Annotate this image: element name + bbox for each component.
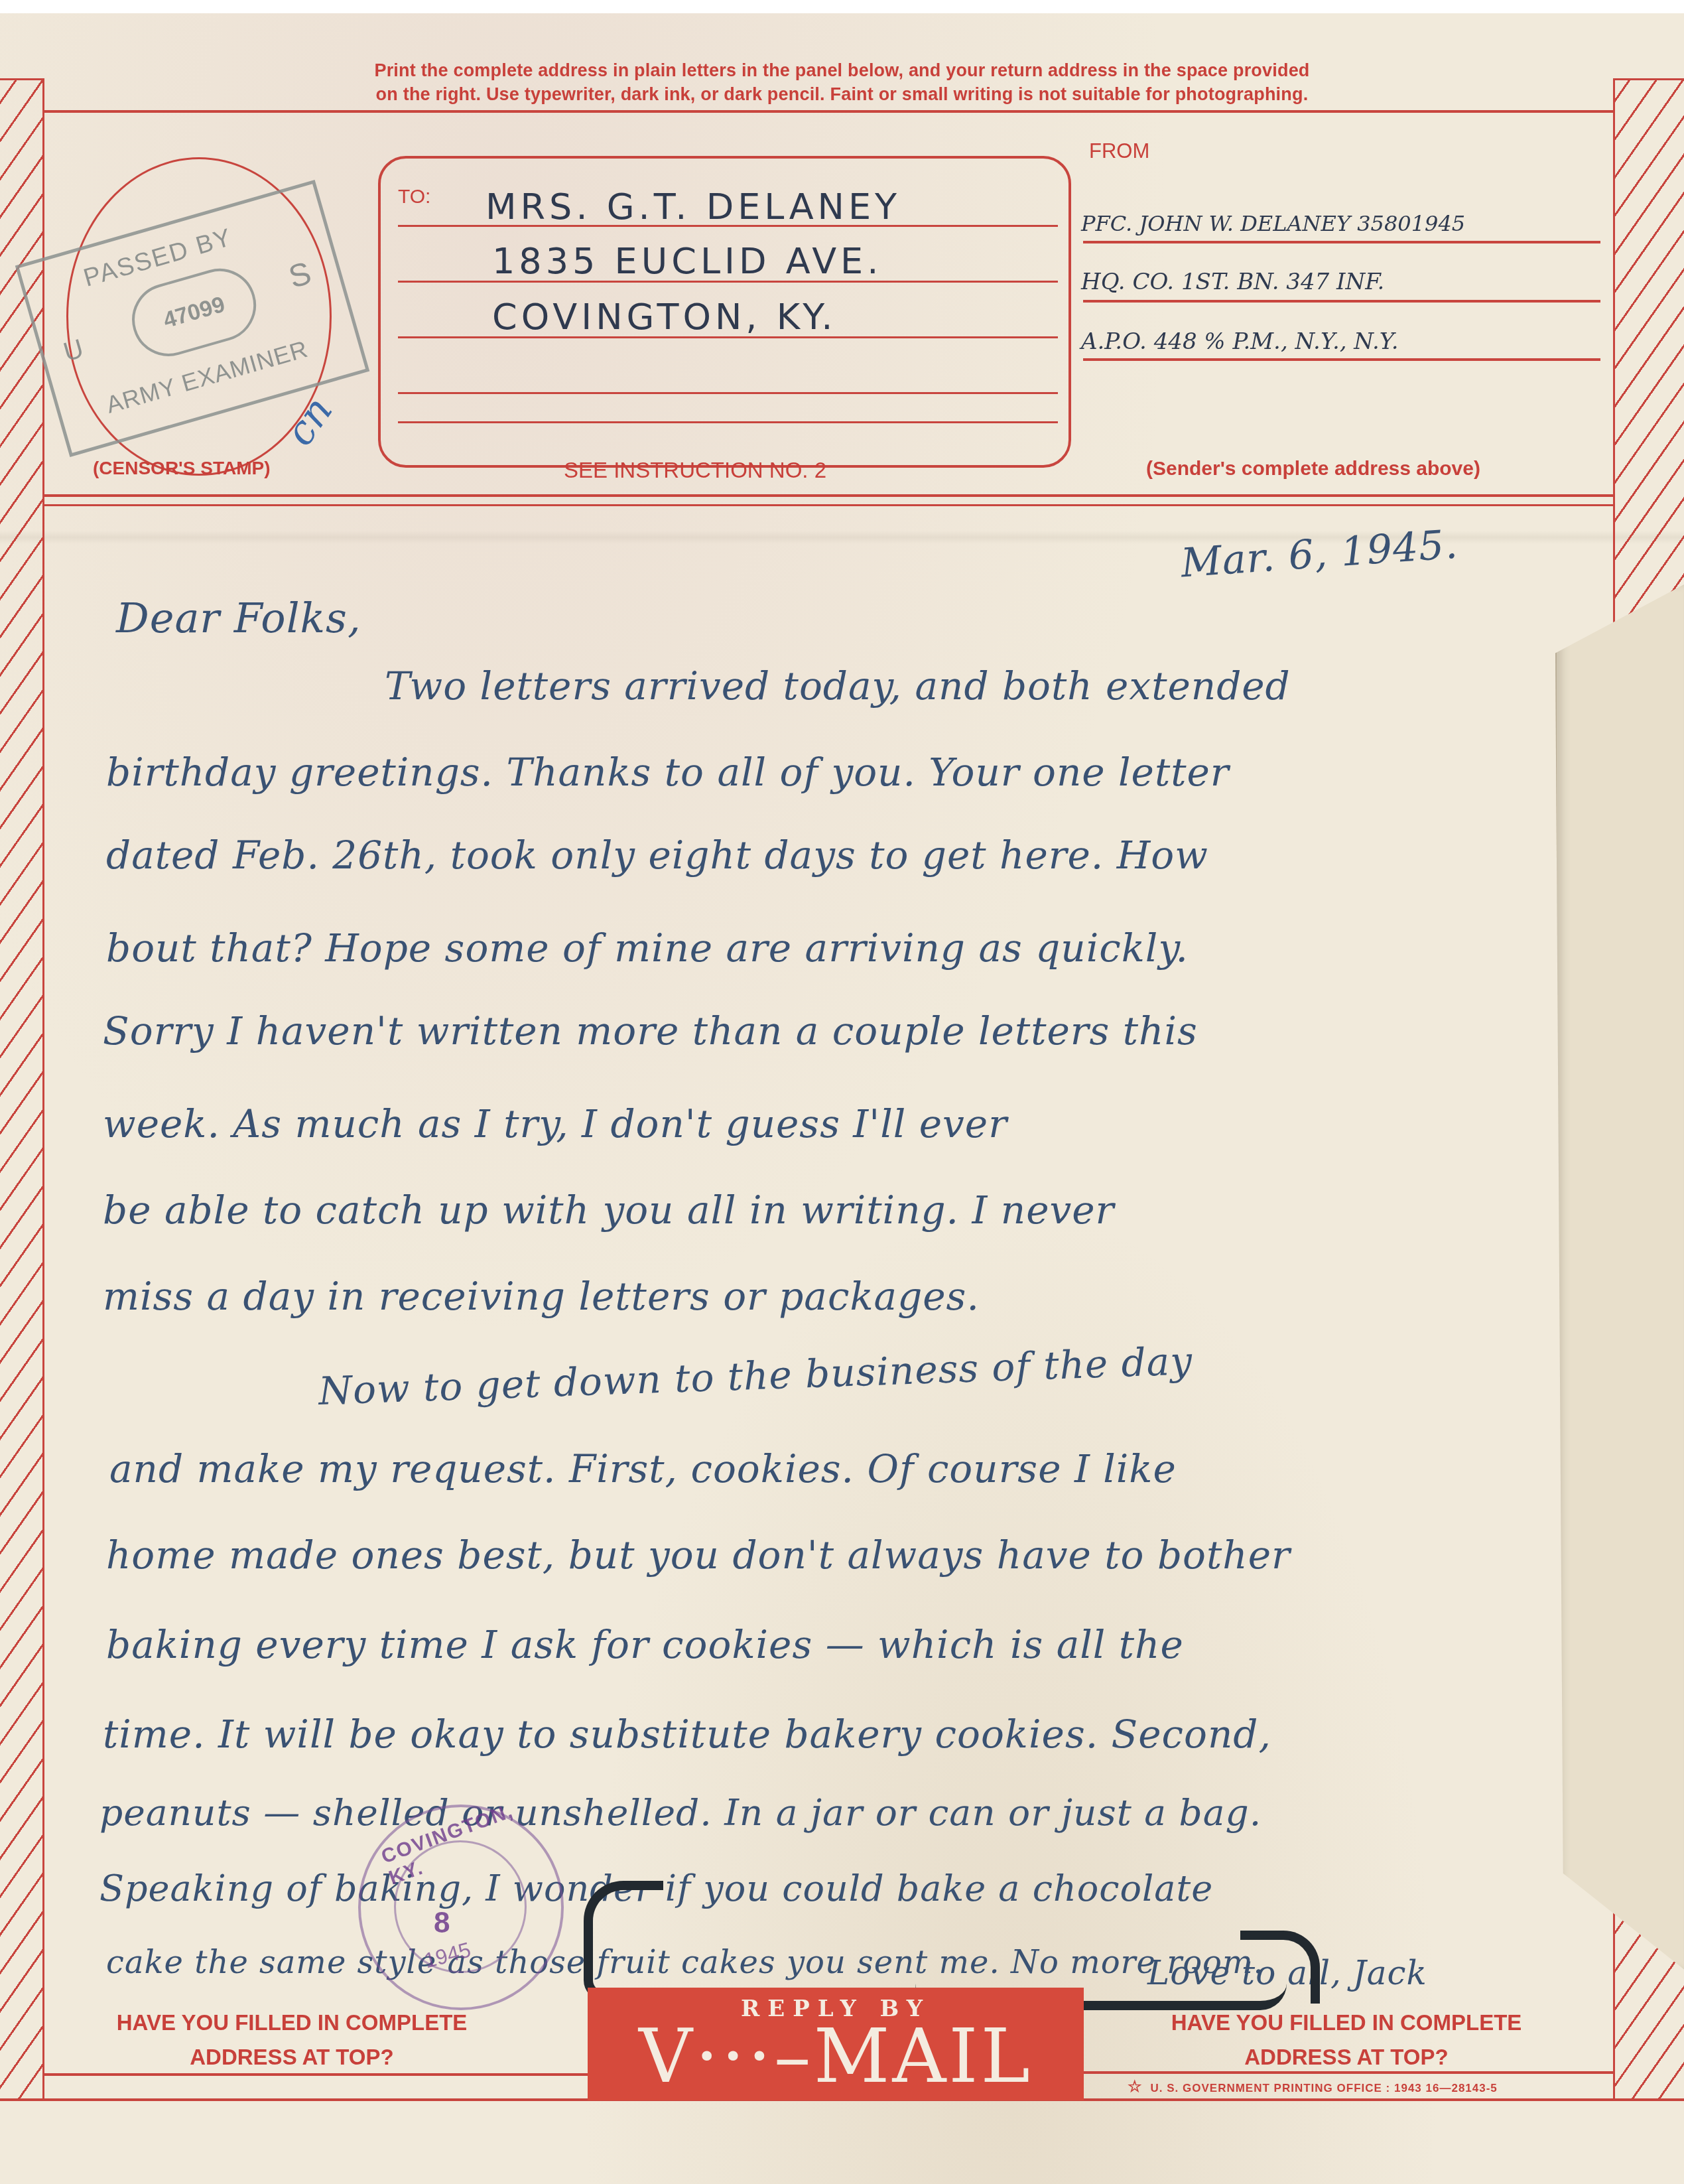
- censor-stamp-caption: (CENSOR'S STAMP): [93, 458, 270, 479]
- footer-question-right: HAVE YOU FILLED IN COMPLETE ADDRESS AT T…: [1134, 2006, 1559, 2075]
- printing-office-line: ☆U. S. GOVERNMENT PRINTING OFFICE : 1943…: [1128, 2077, 1498, 2096]
- letter-line-7: be able to catch up with you all in writ…: [103, 1188, 1114, 1233]
- recipient-city: COVINGTON, KY.: [492, 296, 836, 338]
- left-border-line: [42, 78, 44, 2100]
- sender-line-1-rule: [1083, 241, 1600, 243]
- letter-line-6: week. As much as I try, I don't guess I'…: [103, 1101, 1007, 1146]
- form-instructions: Print the complete address in plain lett…: [0, 58, 1684, 106]
- vmail-logo: V···–MAIL: [588, 2019, 1084, 2094]
- letter-line-12: baking every time I ask for cookies — wh…: [106, 1622, 1184, 1667]
- letter-line-4: bout that? Hope some of mine are arrivin…: [106, 925, 1189, 971]
- recipient-line-4-rule: [398, 392, 1058, 394]
- footer-question-left-line-2: ADDRESS AT TOP?: [80, 2040, 504, 2075]
- letter-line-14: peanuts — shelled or unshelled. In a jar…: [99, 1791, 1262, 1834]
- letter-line-13: time. It will be okay to substitute bake…: [103, 1712, 1271, 1757]
- footer-question-left: HAVE YOU FILLED IN COMPLETE ADDRESS AT T…: [80, 2006, 504, 2075]
- footer-inner-rule-right: [1082, 2071, 1614, 2074]
- letter-line-11: home made ones best, but you don't alway…: [106, 1533, 1291, 1578]
- recipient-street: 1835 EUCLID AVE.: [492, 240, 882, 282]
- footer-question-left-line-1: HAVE YOU FILLED IN COMPLETE: [80, 2006, 504, 2040]
- letter-line-8: miss a day in receiving letters or packa…: [103, 1274, 980, 1319]
- printing-office-text: U. S. GOVERNMENT PRINTING OFFICE : 1943 …: [1151, 2082, 1498, 2094]
- censor-letter-u: U: [60, 334, 87, 368]
- sender-line-2-rule: [1083, 300, 1600, 303]
- instruction-line-1: Print the complete address in plain lett…: [0, 58, 1684, 82]
- footer-inner-rule-left: [44, 2073, 589, 2076]
- folded-flap: [1555, 584, 1684, 1970]
- letter-line-1: Two letters arrived today, and both exte…: [385, 663, 1291, 709]
- postmark-day: 8: [434, 1907, 450, 1940]
- header-bottom-rule: [44, 494, 1614, 497]
- reply-by-vmail-block: REPLY BY V···–MAIL: [588, 1988, 1084, 2100]
- star-icon: ☆: [1128, 2078, 1143, 2096]
- letter-line-3: dated Feb. 26th, took only eight days to…: [106, 833, 1208, 878]
- sender-name: PFC. JOHN W. DELANEY 35801945: [1081, 211, 1465, 236]
- letter-line-10: and make my request. First, cookies. Of …: [109, 1446, 1177, 1491]
- covington-postmark: COVINGTON, KY. 8 1945: [358, 1805, 564, 2010]
- sender-line-3-rule: [1083, 358, 1600, 361]
- letter-line-5: Sorry I haven't written more than a coup…: [103, 1008, 1198, 1054]
- sender-apo: A.P.O. 448 % P.M., N.Y., N.Y.: [1081, 328, 1399, 355]
- recipient-line-5-rule: [398, 421, 1058, 423]
- see-instruction-caption: SEE INSTRUCTION NO. 2: [564, 458, 826, 483]
- letter-line-2: birthday greetings. Thanks to all of you…: [106, 750, 1230, 795]
- sender-unit: HQ. CO. 1ST. BN. 347 INF.: [1081, 269, 1384, 295]
- header-top-rule: [44, 110, 1614, 113]
- footer-question-right-line-2: ADDRESS AT TOP?: [1134, 2040, 1559, 2075]
- to-label: TO:: [398, 186, 430, 208]
- instruction-line-2: on the right. Use typewriter, dark ink, …: [0, 82, 1684, 106]
- letter-line-16: cake the same style as those fruit cakes…: [106, 1944, 1264, 1981]
- header-bottom-rule-2: [44, 504, 1614, 506]
- left-hatched-border: [0, 78, 44, 2100]
- censor-letter-s: S: [285, 255, 315, 296]
- crayon-bracket-left: [584, 1881, 663, 1967]
- sender-address-caption: (Sender's complete address above): [1146, 458, 1480, 480]
- from-label: FROM: [1089, 139, 1149, 163]
- footer-question-right-line-1: HAVE YOU FILLED IN COMPLETE: [1134, 2006, 1559, 2040]
- letter-salutation: Dear Folks,: [116, 594, 361, 642]
- recipient-name: MRS. G.T. DELANEY: [486, 186, 901, 228]
